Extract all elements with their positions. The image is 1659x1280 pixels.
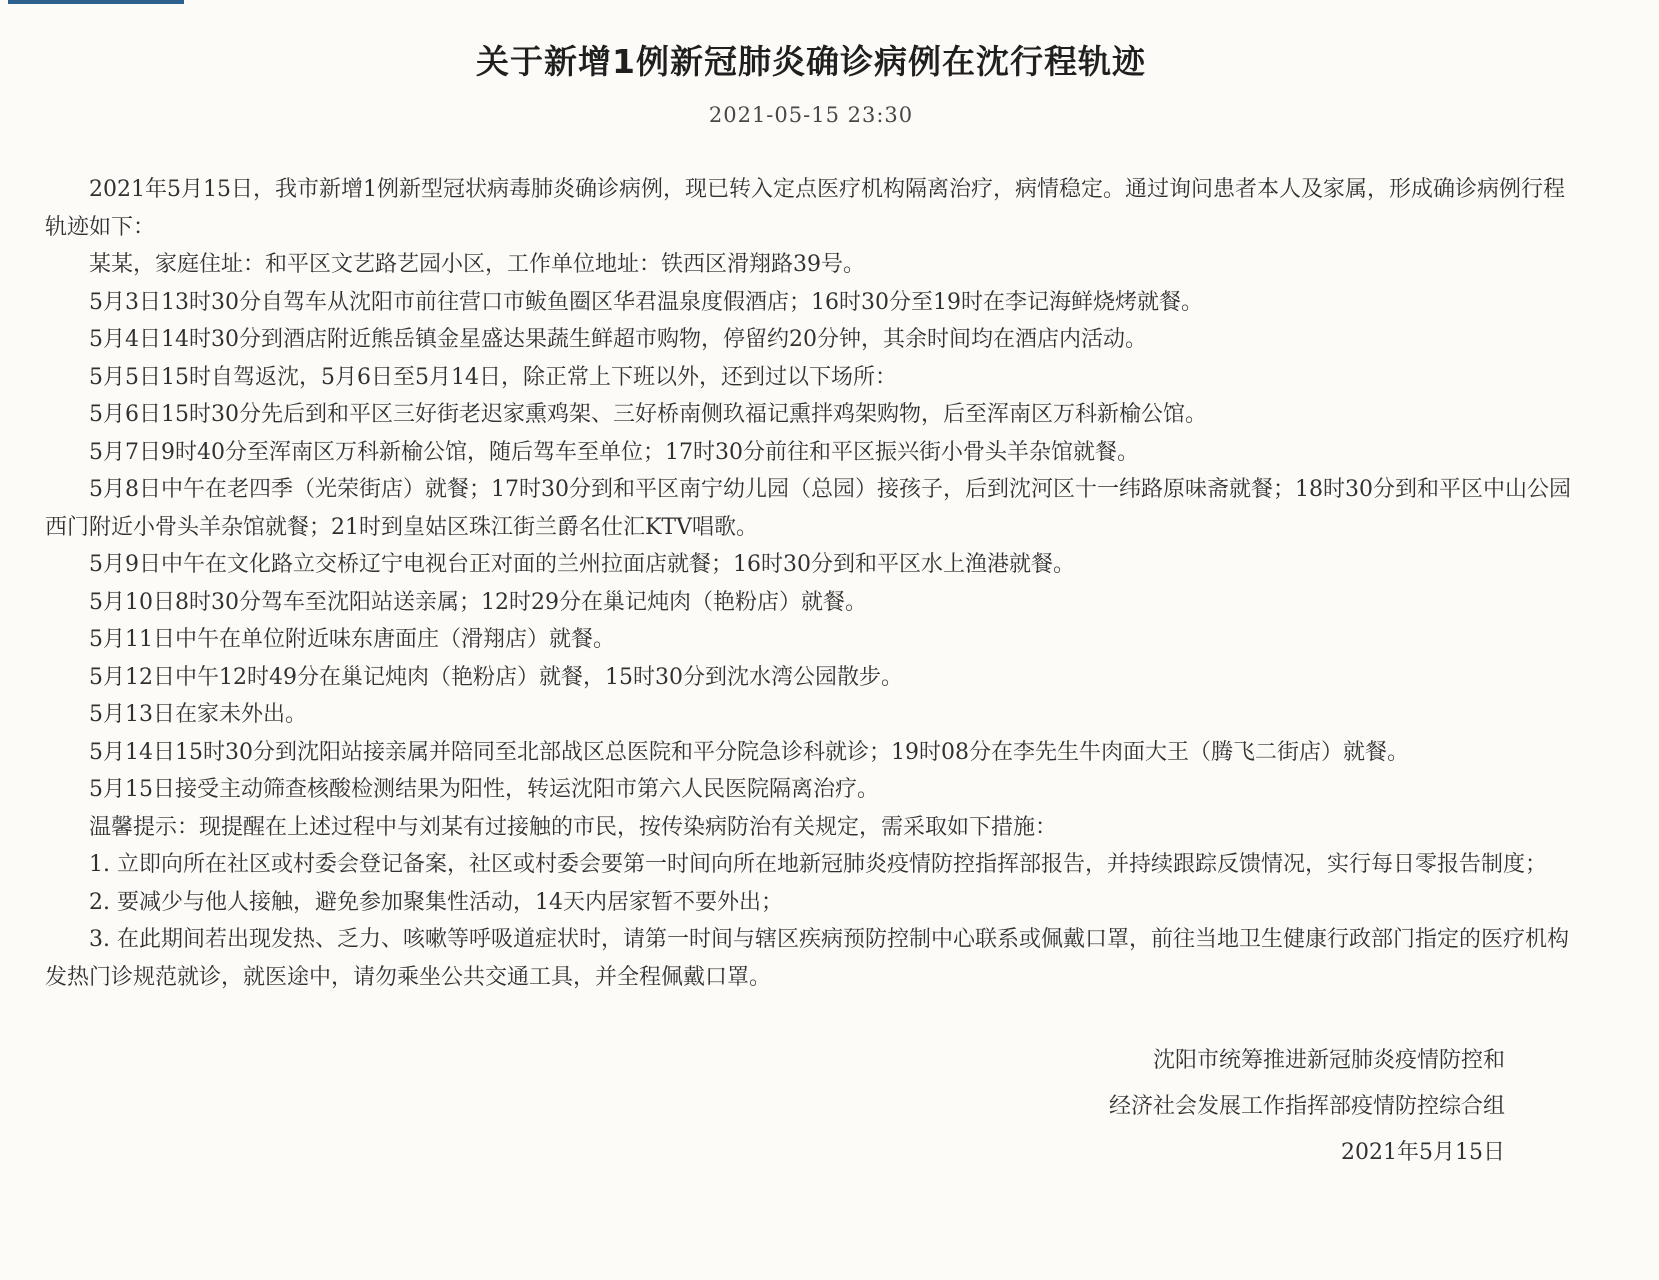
article-paragraph: 5月8日中午在老四季（光荣街店）就餐；17时30分到和平区南宁幼儿园（总园）接孩… — [45, 471, 1577, 546]
article-body: 2021年5月15日，我市新增1例新型冠状病毒肺炎确诊病例，现已转入定点医疗机构… — [45, 171, 1577, 996]
article-content: 关于新增1例新冠肺炎确诊病例在沈行程轨迹 2021-05-15 23:30 20… — [45, 0, 1577, 1176]
signature-block: 沈阳市统筹推进新冠肺炎疫情防控和 经济社会发展工作指挥部疫情防控综合组 2021… — [45, 1038, 1577, 1176]
signature-org-line2: 经济社会发展工作指挥部疫情防控综合组 — [45, 1084, 1505, 1130]
signature-date: 2021年5月15日 — [45, 1130, 1505, 1176]
article-paragraph: 5月15日接受主动筛查核酸检测结果为阳性，转运沈阳市第六人民医院隔离治疗。 — [45, 771, 1577, 809]
page-title: 关于新增1例新冠肺炎确诊病例在沈行程轨迹 — [45, 0, 1577, 83]
top-accent-bar — [8, 0, 184, 4]
article-paragraph: 5月11日中午在单位附近味东唐面庄（滑翔店）就餐。 — [45, 621, 1577, 659]
article-paragraph: 3. 在此期间若出现发热、乏力、咳嗽等呼吸道症状时，请第一时间与辖区疾病预防控制… — [45, 921, 1577, 996]
article-paragraph: 5月12日中午12时49分在巢记炖肉（艳粉店）就餐，15时30分到沈水湾公园散步… — [45, 659, 1577, 697]
article-paragraph: 5月6日15时30分先后到和平区三好街老迟家熏鸡架、三好桥南侧玖福记熏拌鸡架购物… — [45, 396, 1577, 434]
article-paragraph: 5月5日15时自驾返沈，5月6日至5月14日，除正常上下班以外，还到过以下场所： — [45, 359, 1577, 397]
article-paragraph: 2. 要减少与他人接触，避免参加聚集性活动，14天内居家暂不要外出； — [45, 884, 1577, 922]
article-paragraph: 5月3日13时30分自驾车从沈阳市前往营口市鲅鱼圈区华君温泉度假酒店；16时30… — [45, 284, 1577, 322]
article-paragraph: 温馨提示：现提醒在上述过程中与刘某有过接触的市民，按传染病防治有关规定，需采取如… — [45, 809, 1577, 847]
signature-org-line1: 沈阳市统筹推进新冠肺炎疫情防控和 — [45, 1038, 1505, 1084]
article-paragraph: 1. 立即向所在社区或村委会登记备案，社区或村委会要第一时间向所在地新冠肺炎疫情… — [45, 846, 1577, 884]
article-paragraph: 5月7日9时40分至浑南区万科新榆公馆，随后驾车至单位；17时30分前往和平区振… — [45, 434, 1577, 472]
publish-datetime: 2021-05-15 23:30 — [45, 103, 1577, 127]
article-paragraph: 2021年5月15日，我市新增1例新型冠状病毒肺炎确诊病例，现已转入定点医疗机构… — [45, 171, 1577, 246]
article-paragraph: 某某，家庭住址：和平区文艺路艺园小区，工作单位地址：铁西区滑翔路39号。 — [45, 246, 1577, 284]
announcement-page: 关于新增1例新冠肺炎确诊病例在沈行程轨迹 2021-05-15 23:30 20… — [0, 0, 1659, 1280]
article-paragraph: 5月10日8时30分驾车至沈阳站送亲属；12时29分在巢记炖肉（艳粉店）就餐。 — [45, 584, 1577, 622]
article-paragraph: 5月13日在家未外出。 — [45, 696, 1577, 734]
article-paragraph: 5月4日14时30分到酒店附近熊岳镇金星盛达果蔬生鲜超市购物，停留约20分钟，其… — [45, 321, 1577, 359]
article-paragraph: 5月14日15时30分到沈阳站接亲属并陪同至北部战区总医院和平分院急诊科就诊；1… — [45, 734, 1577, 772]
article-paragraph: 5月9日中午在文化路立交桥辽宁电视台正对面的兰州拉面店就餐；16时30分到和平区… — [45, 546, 1577, 584]
